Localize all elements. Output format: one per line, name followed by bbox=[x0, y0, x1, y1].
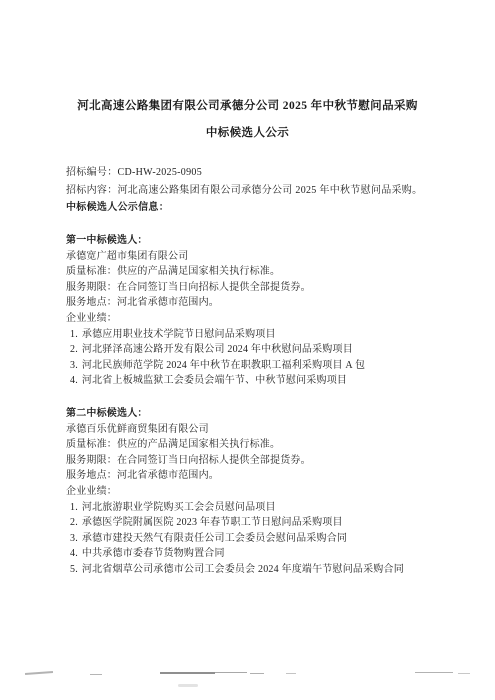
candidate-info-heading: 中标候选人公示信息： bbox=[66, 199, 445, 217]
quality-standard-line: 质量标准：供应的产品满足国家相关执行标准。 bbox=[66, 264, 451, 280]
service-term-line: 服务期限：在合同签订当日向招标人提供全部提货券。 bbox=[66, 453, 451, 469]
service-term-value: 在合同签订当日向招标人提供全部提货券。 bbox=[117, 282, 311, 293]
achievement-number: 1. bbox=[70, 500, 78, 516]
quality-standard-value: 供应的产品满足国家相关执行标准。 bbox=[117, 439, 280, 450]
quality-standard-label: 质量标准： bbox=[66, 439, 117, 450]
service-term-line: 服务期限：在合同签订当日向招标人提供全部提货券。 bbox=[66, 280, 451, 296]
achievement-item: 2.承德医学院附属医院 2023 年春节职工节日慰问品采购项目 bbox=[70, 515, 451, 531]
achievement-text: 承德医学院附属医院 2023 年春节职工节日慰问品采购项目 bbox=[82, 517, 343, 528]
bid-number-line: 招标编号：CD-HW-2025-0905 bbox=[66, 164, 445, 182]
achievement-item: 2.河北驿泽高速公路开发有限公司 2024 年中秋慰问品采购项目 bbox=[70, 342, 451, 358]
achievement-text: 河北驿泽高速公路开发有限公司 2024 年中秋慰问品采购项目 bbox=[82, 344, 353, 355]
scan-noise-artifact bbox=[250, 673, 264, 674]
service-location-line: 服务地点：河北省承德市范围内。 bbox=[66, 468, 451, 484]
achievement-number: 3. bbox=[70, 531, 78, 547]
achievement-text: 承德应用职业技术学院节日慰问品采购项目 bbox=[82, 329, 276, 340]
achievement-text: 承德市建投天然气有限责任公司工会委员会慰问品采购合同 bbox=[82, 533, 347, 544]
second-candidate-section: 第二中标候选人： 承德百乐优鲜商贸集团有限公司 质量标准：供应的产品满足国家相关… bbox=[66, 406, 451, 578]
scanned-document-page: 河北高速公路集团有限公司承德分公司 2025 年中秋节慰问品采购 中标候选人公示… bbox=[0, 0, 495, 700]
first-candidate-company: 承德宽广超市集团有限公司 bbox=[66, 249, 451, 265]
achievement-item: 1.河北旅游职业学院购买工会会员慰问品项目 bbox=[70, 500, 451, 516]
service-term-value: 在合同签订当日向招标人提供全部提货券。 bbox=[117, 455, 311, 466]
scan-noise-artifact bbox=[458, 673, 470, 674]
quality-standard-value: 供应的产品满足国家相关执行标准。 bbox=[117, 266, 280, 277]
achievement-item: 3.承德市建投天然气有限责任公司工会委员会慰问品采购合同 bbox=[70, 531, 451, 547]
document-title-line1: 河北高速公路集团有限公司承德分公司 2025 年中秋节慰问品采购 bbox=[40, 93, 455, 120]
achievement-text: 中共承德市委春节货物购置合同 bbox=[82, 548, 225, 559]
achievement-item: 1.承德应用职业技术学院节日慰问品采购项目 bbox=[70, 327, 451, 343]
achievements-list: 1.承德应用职业技术学院节日慰问品采购项目 2.河北驿泽高速公路开发有限公司 2… bbox=[70, 327, 451, 389]
scan-noise-artifact bbox=[178, 684, 198, 687]
document-title-line2: 中标候选人公示 bbox=[40, 120, 455, 147]
second-candidate-company: 承德百乐优鲜商贸集团有限公司 bbox=[66, 422, 451, 438]
achievements-heading: 企业业绩： bbox=[66, 311, 451, 327]
achievement-number: 2. bbox=[70, 515, 78, 531]
quality-standard-line: 质量标准：供应的产品满足国家相关执行标准。 bbox=[66, 437, 451, 453]
achievement-item: 5.河北省烟草公司承德市公司工会委员会 2024 年度端午节慰问品采购合同 bbox=[70, 562, 451, 578]
scan-noise-artifact bbox=[25, 671, 53, 675]
bid-number-label: 招标编号： bbox=[66, 167, 118, 178]
achievements-list: 1.河北旅游职业学院购买工会会员慰问品项目 2.承德医学院附属医院 2023 年… bbox=[70, 500, 451, 578]
achievement-number: 5. bbox=[70, 562, 78, 578]
service-location-line: 服务地点：河北省承德市范围内。 bbox=[66, 295, 451, 311]
achievement-number: 1. bbox=[70, 327, 78, 343]
achievement-item: 4.河北省上板城监狱工会委员会端午节、中秋节慰问采购项目 bbox=[70, 373, 451, 389]
document-title: 河北高速公路集团有限公司承德分公司 2025 年中秋节慰问品采购 中标候选人公示 bbox=[40, 93, 455, 147]
bid-content-line: 招标内容：河北高速公路集团有限公司承德分公司 2025 年中秋节慰问品采购。 bbox=[66, 182, 445, 200]
bid-content-value: 河北高速公路集团有限公司承德分公司 2025 年中秋节慰问品采购。 bbox=[118, 185, 423, 196]
achievement-item: 3.河北民族师范学院 2024 年中秋节在职教职工福利采购项目 A 包 bbox=[70, 358, 451, 374]
first-candidate-section: 第一中标候选人： 承德宽广超市集团有限公司 质量标准：供应的产品满足国家相关执行… bbox=[66, 233, 451, 389]
achievement-text: 河北省烟草公司承德市公司工会委员会 2024 年度端午节慰问品采购合同 bbox=[82, 564, 404, 575]
scan-noise-artifact bbox=[415, 672, 453, 673]
achievement-text: 河北民族师范学院 2024 年中秋节在职教职工福利采购项目 A 包 bbox=[82, 360, 365, 371]
achievement-number: 4. bbox=[70, 546, 78, 562]
service-location-value: 河北省承德市范围内。 bbox=[117, 470, 219, 481]
service-term-label: 服务期限： bbox=[66, 282, 117, 293]
achievement-text: 河北旅游职业学院购买工会会员慰问品项目 bbox=[82, 502, 276, 513]
service-term-label: 服务期限： bbox=[66, 455, 117, 466]
achievement-number: 4. bbox=[70, 373, 78, 389]
achievements-heading: 企业业绩： bbox=[66, 484, 451, 500]
quality-standard-label: 质量标准： bbox=[66, 266, 117, 277]
bid-content-label: 招标内容： bbox=[66, 185, 118, 196]
achievement-item: 4.中共承德市委春节货物购置合同 bbox=[70, 546, 451, 562]
first-candidate-heading: 第一中标候选人： bbox=[66, 233, 451, 249]
achievement-number: 2. bbox=[70, 342, 78, 358]
second-candidate-heading: 第二中标候选人： bbox=[66, 406, 451, 422]
achievement-text: 河北省上板城监狱工会委员会端午节、中秋节慰问采购项目 bbox=[82, 375, 347, 386]
service-location-label: 服务地点： bbox=[66, 297, 117, 308]
scan-noise-artifact bbox=[160, 672, 215, 674]
scan-noise-artifact bbox=[286, 673, 296, 674]
scan-noise-artifact bbox=[215, 672, 247, 673]
achievement-number: 3. bbox=[70, 358, 78, 374]
bid-number-value: CD-HW-2025-0905 bbox=[118, 167, 203, 178]
service-location-label: 服务地点： bbox=[66, 470, 117, 481]
service-location-value: 河北省承德市范围内。 bbox=[117, 297, 219, 308]
scan-noise-artifact bbox=[90, 674, 102, 675]
bid-meta-block: 招标编号：CD-HW-2025-0905 招标内容：河北高速公路集团有限公司承德… bbox=[66, 164, 445, 217]
